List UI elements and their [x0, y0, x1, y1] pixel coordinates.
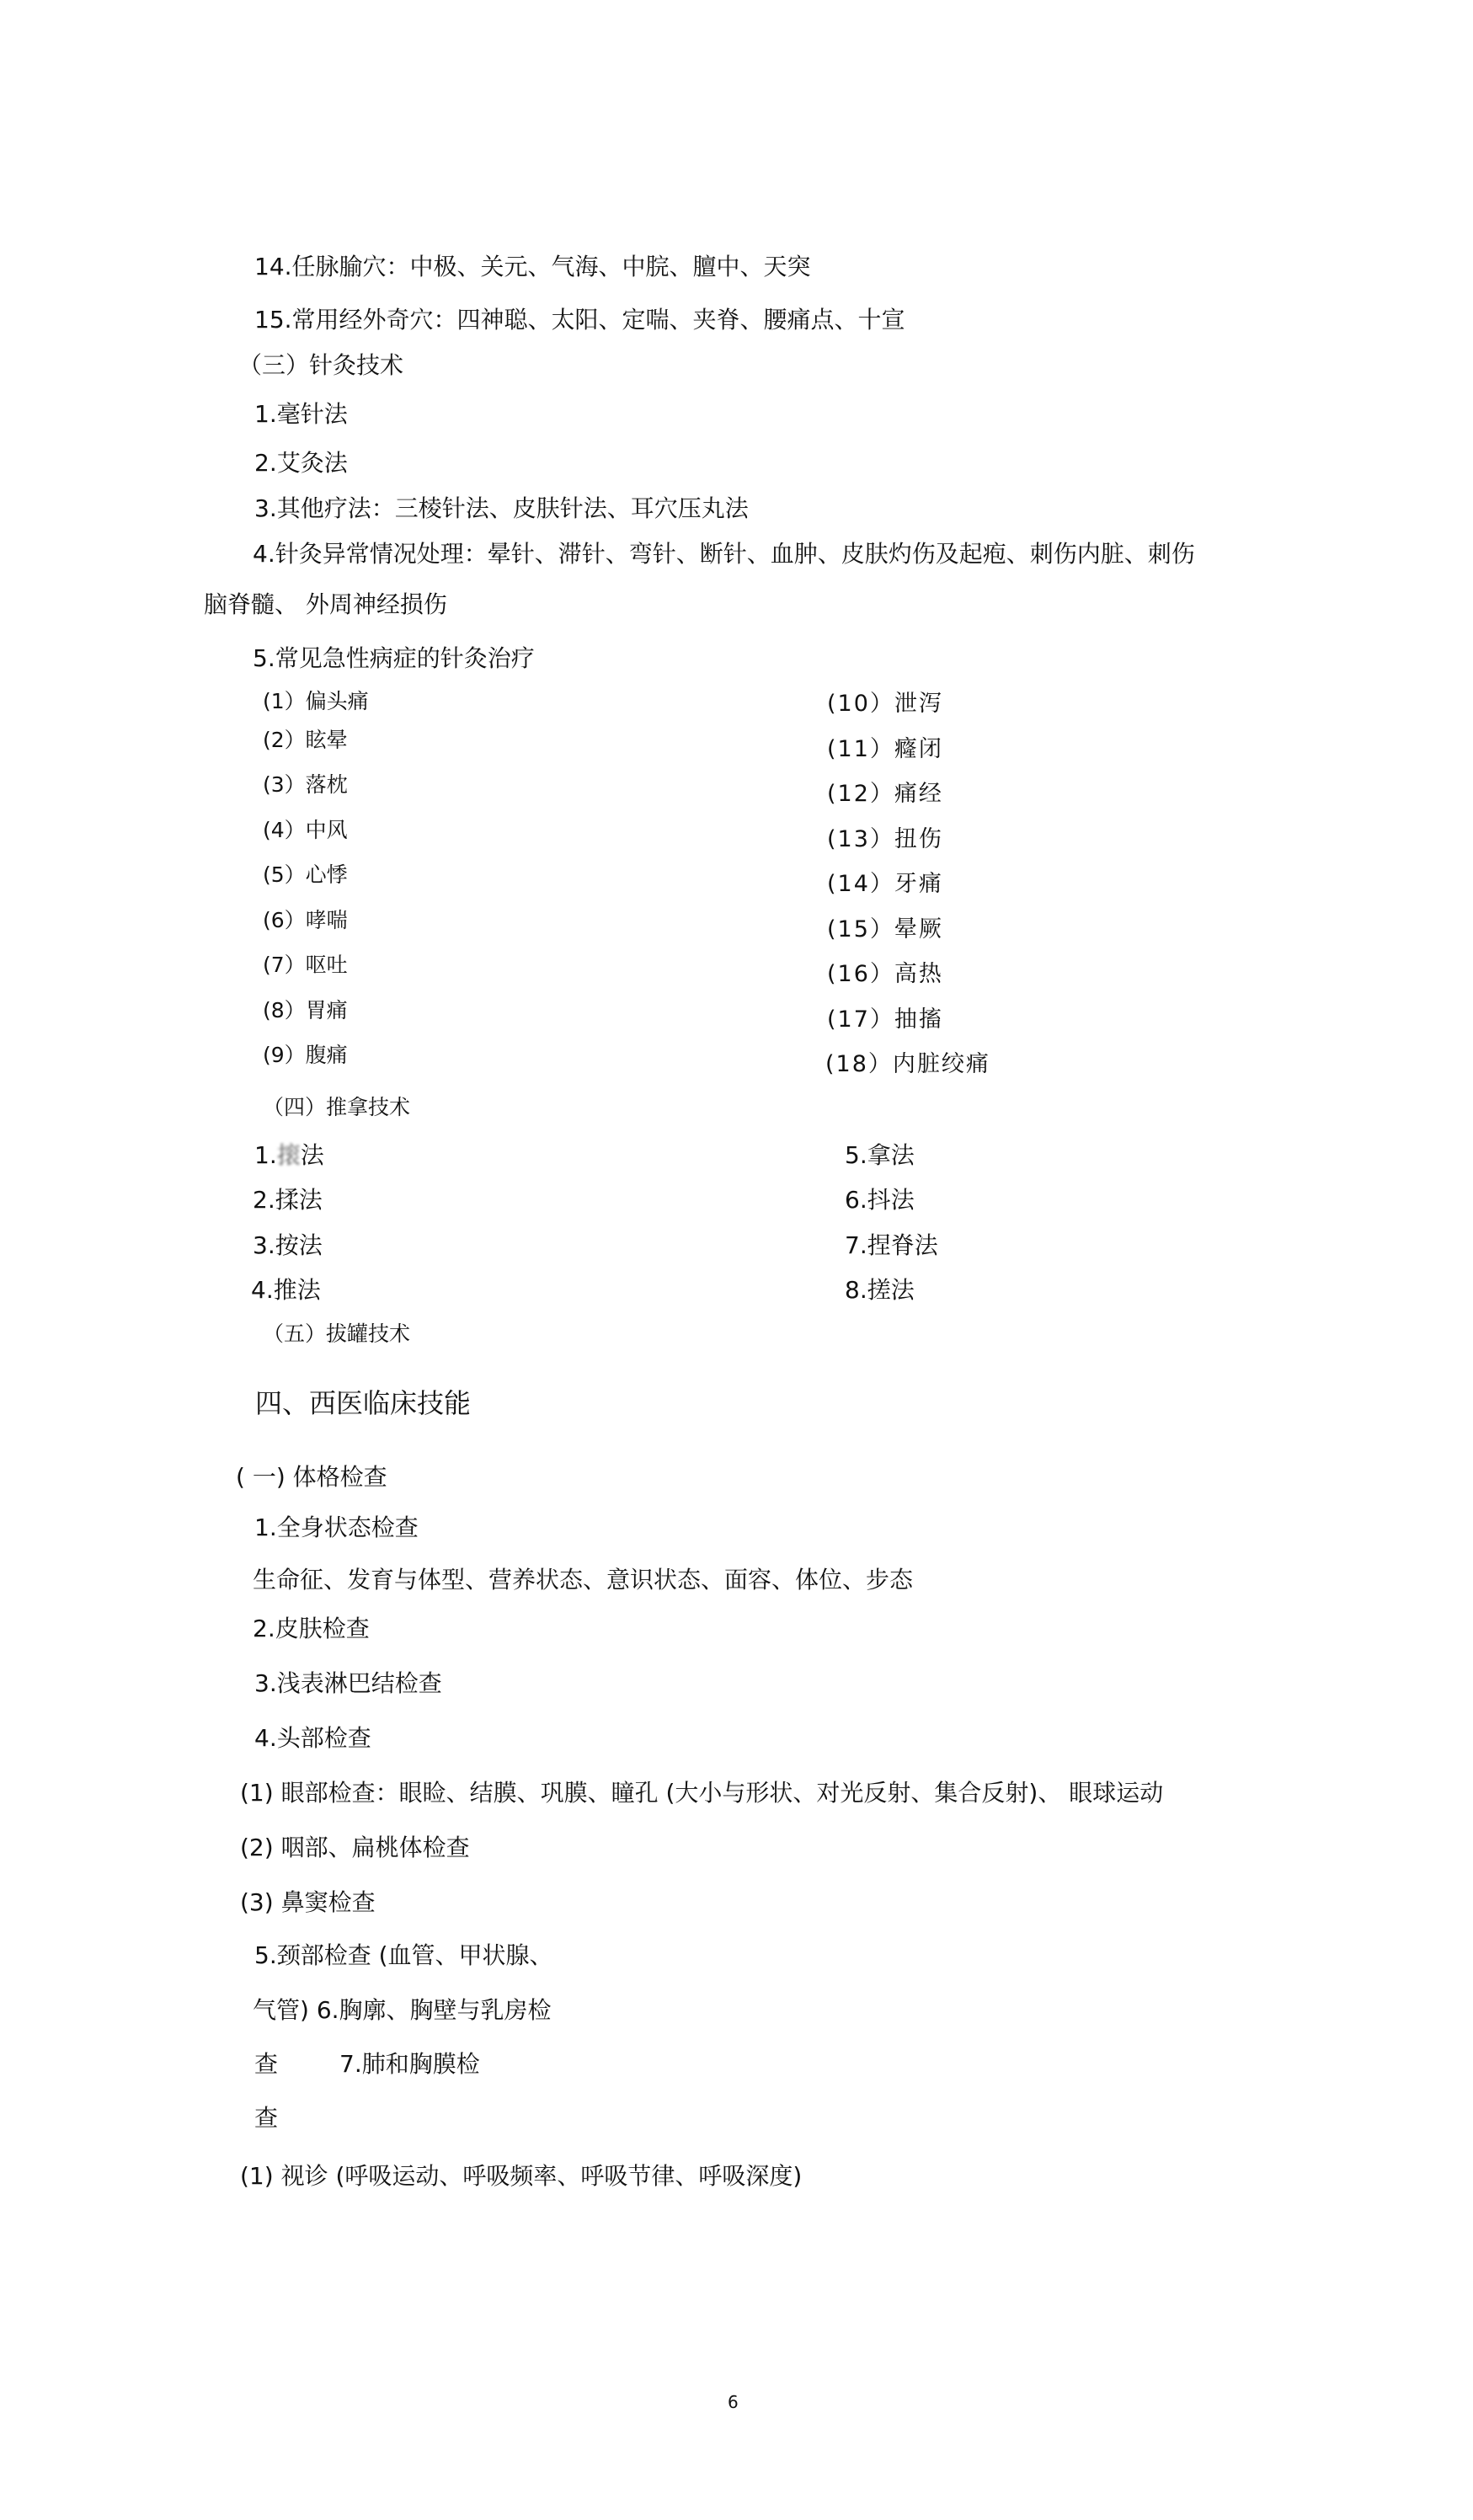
list-item-general-state: 1.全身状态检查	[254, 1516, 419, 1540]
list-item-acute-conditions: 5.常见急性病症的针灸治疗	[253, 647, 535, 670]
list-item-neck-exam: 5.颈部检查 (血管、甲状腺、	[254, 1944, 553, 1967]
list-item: (16）高热	[827, 963, 943, 985]
list-item-skin-exam: 2.皮肤检查	[253, 1617, 370, 1641]
list-item: (4）中风	[263, 820, 348, 841]
text-fragment: 查	[254, 2106, 278, 2130]
list-item: (1）偏头痛	[263, 691, 369, 712]
page-number: 6	[728, 2392, 739, 2412]
list-item: 3.按法	[253, 1234, 323, 1257]
list-item: (12）痛经	[827, 782, 943, 805]
list-item-pharynx-exam: (2) 咽部、扁桃体检查	[240, 1836, 470, 1860]
list-item-lung-exam: 7.肺和胸膜检	[339, 2053, 480, 2076]
list-item: (11）癃闭	[827, 738, 943, 761]
list-item-suffix: 法	[301, 1141, 324, 1169]
list-item: (3）落枕	[263, 774, 348, 795]
list-item: (10）泄泻	[827, 692, 943, 715]
list-item-sinus-exam: (3) 鼻窦检查	[240, 1891, 376, 1914]
line-ren-mai-points: 14.任脉腧穴：中极、关元、气海、中脘、膻中、天突	[254, 255, 811, 279]
list-item: 6.抖法	[845, 1188, 915, 1212]
list-item-chest-exam: 气管) 6.胸廓、胸壁与乳房检	[253, 1999, 552, 2022]
list-item-abnormal-handling-cont: 脑脊髓、 外周神经损伤	[204, 593, 447, 617]
list-item-moxibustion: 2.艾灸法	[254, 451, 348, 475]
list-item: (8）胃痛	[263, 1000, 348, 1021]
list-item: 2.揉法	[253, 1188, 323, 1212]
blurred-character: 㨰	[277, 1141, 301, 1169]
list-item: (17）抽搐	[827, 1008, 943, 1031]
section-title-physical-exam: ( 一) 体格检查	[236, 1466, 387, 1489]
list-item: (6）哮喘	[263, 910, 348, 931]
list-item: 5.拿法	[845, 1144, 915, 1167]
list-item: (2）眩晕	[263, 729, 348, 750]
list-item-eye-exam: (1) 眼部检查：眼睑、结膜、巩膜、瞳孔 (大小与形状、对光反射、集合反射)、 …	[240, 1781, 1163, 1805]
list-item: (9）腹痛	[263, 1044, 348, 1065]
list-item-lymph-exam: 3.浅表淋巴结检查	[254, 1672, 442, 1695]
list-item-number: 1.	[254, 1141, 277, 1169]
section-title-tuina: （四）推拿技术	[263, 1097, 410, 1118]
section-title-acupuncture: （三）针灸技术	[238, 354, 403, 377]
list-item-head-exam: 4.头部检查	[254, 1727, 371, 1750]
list-item: (5）心悸	[263, 864, 348, 885]
list-item: 4.推法	[251, 1279, 321, 1302]
list-item: 7.捏脊法	[845, 1234, 938, 1257]
list-item: (14）牙痛	[827, 873, 943, 895]
list-item-general-state-detail: 生命征、发育与体型、营养状态、意识状态、面容、体位、步态	[253, 1568, 913, 1592]
list-item-other-therapies: 3.其他疗法：三棱针法、皮肤针法、耳穴压丸法	[254, 497, 749, 521]
list-item-filiform-needle: 1.毫针法	[254, 403, 348, 426]
chapter-heading-western-medicine: 四、西医临床技能	[255, 1390, 471, 1417]
line-extra-points: 15.常用经外奇穴：四神聪、太阳、定喘、夹脊、腰痛点、十宣	[254, 308, 905, 332]
list-item: 1.㨰法	[254, 1144, 324, 1167]
list-item: (18）内脏绞痛	[825, 1053, 990, 1076]
text-fragment: 查	[254, 2053, 278, 2076]
list-item: (15）晕厥	[827, 918, 943, 941]
section-title-cupping: （五）拔罐技术	[263, 1323, 410, 1344]
list-item-inspection: (1) 视诊 (呼吸运动、呼吸频率、呼吸节律、呼吸深度)	[240, 2165, 802, 2188]
list-item: (7）呕吐	[263, 954, 348, 975]
list-item: 8.搓法	[845, 1279, 915, 1302]
list-item-abnormal-handling: 4.针灸异常情况处理：晕针、滞针、弯针、断针、血肿、皮肤灼伤及起疱、刺伤内脏、刺…	[253, 542, 1195, 566]
document-page: 14.任脉腧穴：中极、关元、气海、中脘、膻中、天突 15.常用经外奇穴：四神聪、…	[0, 0, 1473, 2520]
list-item: (13）扭伤	[827, 828, 943, 851]
